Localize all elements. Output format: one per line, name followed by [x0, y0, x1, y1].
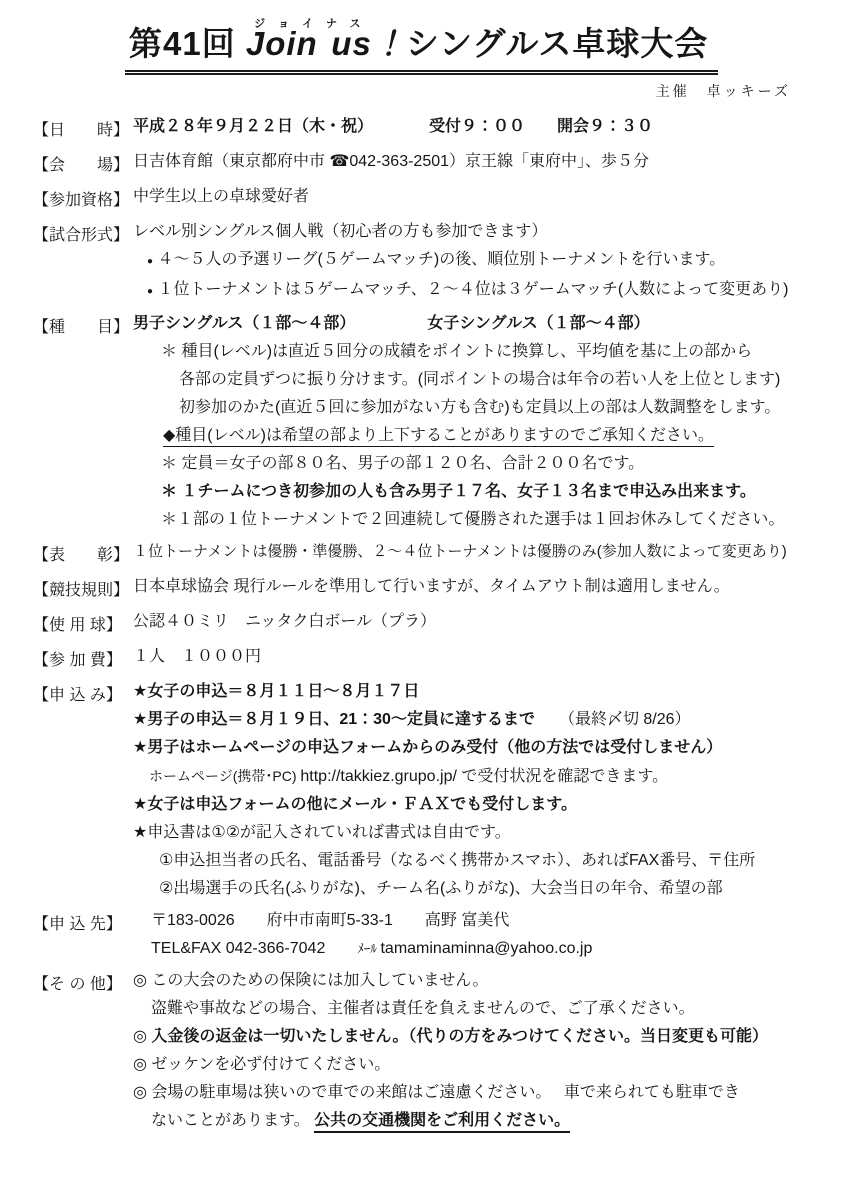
text-span: ホームページ(携帯･PC) [149, 768, 300, 784]
section-fee: 【参 加 費】１人 １０００円 [33, 647, 833, 670]
title-ruby: ジョイナス [244, 18, 373, 30]
section-other: 【そ の 他】◎ この大会のための保険には加入していません。盗難や事故などの場合… [33, 971, 833, 1131]
text-line: ◎ ゼッケンを必ず付けてください。 [133, 1055, 833, 1075]
text-span: ないことがあります。 [151, 1112, 314, 1129]
title-suffix: シングルス卓球大会 [406, 25, 709, 62]
text-line: ホームページ(携帯･PC) http://takkiez.grupo.jp/ で… [149, 766, 833, 787]
section-ball: 【使 用 球】公認４０ミリ ニッタク白ボール（プラ） [33, 612, 833, 635]
section-rules: 【競技規則】日本卓球協会 現行ルールを準用して行いますが、タイムアウト制は適用し… [33, 577, 833, 600]
section-label: 【日 時】 [33, 117, 133, 140]
text-line: 日吉体育館（東京都府中市 ☎042-363-2501）京王線「東府中」、歩５分 [133, 152, 833, 172]
text-span: ４～５人の予選リーグ(５ゲームマッチ)の後、順位別トーナメントを行います。 [153, 251, 725, 268]
text-line: TEL&FAX 042-366-7042 ﾒｰﾙ tamaminaminna@y… [151, 939, 833, 959]
text-span: ◎ 会場の駐車場は狭いので車での来館はご遠慮ください。 車で来られても駐車でき [133, 1084, 740, 1101]
text-line: ＊ 種目(レベル)は直近５回分の成績をポイントに換算し、平均値を基に上の部から [161, 342, 833, 362]
email-address: tamaminaminna@yahoo.co.jp [380, 940, 592, 957]
text-span: １人 １０００円 [133, 648, 261, 665]
text-span: 公認４０ミリ ニッタク白ボール（プラ） [133, 613, 436, 630]
section-content: １人 １０００円 [133, 647, 833, 670]
section-venue: 【会 場】日吉体育館（東京都府中市 ☎042-363-2501）京王線「東府中」… [33, 152, 833, 175]
text-line: ◎ この大会のための保険には加入していません。 [133, 971, 833, 991]
text-line: ● ４～５人の予選リーグ(５ゲームマッチ)の後、順位別トーナメントを行います。 [147, 250, 833, 272]
text-span: 各部の定員ずつに振り分けます。(同ポイントの場合は年令の若い人を上位とします) [179, 371, 780, 388]
text-span: １位トーナメントは優勝・準優勝、２～４位トーナメントは優勝のみ(参加人数によって… [133, 543, 787, 560]
website-url: http://takkiez.grupo.jp/ [300, 768, 457, 785]
text-line: ◆種目(レベル)は希望の部より上下することがありますのでご承知ください。 [163, 426, 833, 446]
text-line: ＊ 定員＝女子の部８０名、男子の部１２０名、合計２００名です。 [161, 454, 833, 474]
text-span: １位トーナメントは５ゲームマッチ、２～４位は３ゲームマッチ(人数によって変更あり… [153, 281, 788, 298]
text-span: （最終〆切 8/26） [535, 711, 691, 728]
text-span: ＊ 種目(レベル)は直近５回分の成績をポイントに換算し、平均値を基に上の部から [161, 343, 752, 360]
document-body: 【日 時】平成２８年９月２２日（木・祝） 受付９：００ 開会９：３０【会 場】日… [33, 117, 833, 1131]
section-application-address: 【申 込 先】〒183-0026 府中市南町5-33-1 高野 富美代TEL&F… [33, 911, 833, 959]
section-label: 【表 彰】 [33, 542, 133, 565]
section-label: 【会 場】 [33, 152, 133, 175]
text-span: ﾒｰﾙ [357, 941, 380, 956]
text-span: 初参加のかた(直近５回に参加がない方も含む)も定員以上の部は人数調整をします。 [179, 399, 780, 416]
section-content: ★女子の申込＝８月１１日～８月１７日★男子の申込＝８月１９日、21：30～定員に… [133, 682, 833, 899]
text-span: ＊ 定員＝女子の部８０名、男子の部１２０名、合計２００名です。 [161, 455, 644, 472]
text-span: 〒183-0026 府中市南町5-33-1 高野 富美代 [151, 912, 509, 929]
title-exclaim: ！ [372, 25, 406, 62]
section-label: 【申 込 み】 [33, 682, 133, 899]
text-span: 中学生以上の卓球愛好者 [133, 188, 309, 205]
text-line: ★女子は申込フォームの他にメール・ＦＡＸでも受付します。 [133, 795, 833, 815]
page-title: 第41回 Join usジョイナス！シングルス卓球大会 [125, 18, 718, 75]
section-date-time: 【日 時】平成２８年９月２２日（木・祝） 受付９：００ 開会９：３０ [33, 117, 833, 140]
section-label: 【試合形式】 [33, 222, 133, 302]
text-line: ★女子の申込＝８月１１日～８月１７日 [133, 682, 833, 702]
text-line: 日本卓球協会 現行ルールを準用して行いますが、タイムアウト制は適用しません。 [133, 577, 833, 597]
text-span: ◆種目(レベル)は希望の部より上下することがありますのでご承知ください。 [163, 427, 714, 447]
document-header: 第41回 Join usジョイナス！シングルス卓球大会 主催 卓ッキーズ [33, 18, 833, 101]
text-line: ないことがあります。 公共の交通機関をご利用ください。 [151, 1111, 833, 1131]
text-line: ＊ １チームにつき初参加の人も含み男子１７名、女子１３名まで申込み出来ます。 [161, 482, 833, 502]
text-line: 平成２８年９月２２日（木・祝） 受付９：００ 開会９：３０ [133, 117, 833, 137]
section-label: 【申 込 先】 [33, 911, 133, 959]
text-line: １人 １０００円 [133, 647, 833, 667]
text-span: 公共の交通機関をご利用ください。 [314, 1112, 570, 1133]
section-content: ◎ この大会のための保険には加入していません。盗難や事故などの場合、主催者は責任… [133, 971, 833, 1131]
text-line: ◎ 会場の駐車場は狭いので車での来館はご遠慮ください。 車で来られても駐車でき [133, 1083, 833, 1103]
text-line: １位トーナメントは優勝・準優勝、２～４位トーナメントは優勝のみ(参加人数によって… [133, 542, 833, 562]
text-line: 中学生以上の卓球愛好者 [133, 187, 833, 207]
text-span: ★女子は申込フォームの他にメール・ＦＡＸでも受付します。 [133, 796, 577, 813]
text-line: ● １位トーナメントは５ゲームマッチ、２～４位は３ゲームマッチ(人数によって変更… [147, 280, 833, 302]
section-events: 【種 目】男子シングルス（１部～４部） 女子シングルス（１部～４部）＊ 種目(レ… [33, 314, 833, 530]
text-line: ★男子はホームページの申込フォームからのみ受付（他の方法では受付しません） [133, 738, 833, 758]
text-span: ★申込書は①②が記入されていれば書式は自由です。 [133, 824, 511, 841]
title-latin-text: Join us [244, 25, 373, 62]
title-prefix: 第41回 [129, 25, 246, 62]
section-content: 公認４０ミリ ニッタク白ボール（プラ） [133, 612, 833, 635]
text-line: ②出場選手の氏名(ふりがな)、チーム名(ふりがな)、大会当日の年令、希望の部 [159, 879, 833, 899]
text-line: ★男子の申込＝８月１９日、21：30～定員に達するまで （最終〆切 8/26） [133, 710, 833, 730]
section-label: 【参 加 費】 [33, 647, 133, 670]
text-line: ＊１部の１位トーナメントで２回連続して優勝された選手は１回お休みしてください。 [161, 510, 833, 530]
section-content: レベル別シングルス個人戦（初心者の方も参加できます）● ４～５人の予選リーグ(５… [133, 222, 833, 302]
section-label: 【種 目】 [33, 314, 133, 530]
section-content: 日本卓球協会 現行ルールを準用して行いますが、タイムアウト制は適用しません。 [133, 577, 833, 600]
text-span: 日本卓球協会 現行ルールを準用して行いますが、タイムアウト制は適用しません。 [133, 578, 730, 595]
section-awards: 【表 彰】１位トーナメントは優勝・準優勝、２～４位トーナメントは優勝のみ(参加人… [33, 542, 833, 565]
text-line: ◎ 入金後の返金は一切いたしません。（代りの方をみつけてください。当日変更も可能… [133, 1027, 833, 1047]
flyer-page: 第41回 Join usジョイナス！シングルス卓球大会 主催 卓ッキーズ 【日 … [0, 0, 845, 1131]
text-span: 日吉体育館（東京都府中市 ☎042-363-2501）京王線「東府中」、歩５分 [133, 153, 649, 170]
section-content: 中学生以上の卓球愛好者 [133, 187, 833, 210]
text-span: ◎ 入金後の返金は一切いたしません。（代りの方をみつけてください。当日変更も可能… [133, 1028, 768, 1045]
text-span: ◎ この大会のための保険には加入していません。 [133, 972, 488, 989]
text-span: ★女子の申込＝８月１１日～８月１７日 [133, 683, 419, 700]
text-span: ＊ １チームにつき初参加の人も含み男子１７名、女子１３名まで申込み出来ます。 [161, 483, 756, 500]
text-span: TEL&FAX 042-366-7042 [151, 940, 357, 957]
section-label: 【競技規則】 [33, 577, 133, 600]
text-span: ①申込担当者の氏名、電話番号（なるべく携帯かスマホ）、あればFAX番号、〒住所 [159, 852, 755, 869]
text-line: 公認４０ミリ ニッタク白ボール（プラ） [133, 612, 833, 632]
text-span: ◎ ゼッケンを必ず付けてください。 [133, 1056, 390, 1073]
title-latin: Join usジョイナス [246, 25, 372, 62]
text-span: ＊１部の１位トーナメントで２回連続して優勝された選手は１回お休みしてください。 [161, 511, 784, 528]
text-line: 盗難や事故などの場合、主催者は責任を負えませんので、ご了承ください。 [151, 999, 833, 1019]
text-span: ★男子はホームページの申込フォームからのみ受付（他の方法では受付しません） [133, 739, 722, 756]
text-span: ★男子の申込＝８月１９日、21：30～定員に達するまで [133, 711, 535, 728]
text-line: 〒183-0026 府中市南町5-33-1 高野 富美代 [151, 911, 833, 931]
text-line: ★申込書は①②が記入されていれば書式は自由です。 [133, 823, 833, 843]
text-line: ①申込担当者の氏名、電話番号（なるべく携帯かスマホ）、あればFAX番号、〒住所 [159, 851, 833, 871]
section-match-format: 【試合形式】レベル別シングルス個人戦（初心者の方も参加できます）● ４～５人の予… [33, 222, 833, 302]
text-line: レベル別シングルス個人戦（初心者の方も参加できます） [133, 222, 833, 242]
section-content: １位トーナメントは優勝・準優勝、２～４位トーナメントは優勝のみ(参加人数によって… [133, 542, 833, 565]
section-label: 【使 用 球】 [33, 612, 133, 635]
text-span: で受付状況を確認できます。 [457, 768, 668, 785]
text-span: 平成２８年９月２２日（木・祝） 受付９：００ 開会９：３０ [133, 118, 653, 135]
section-content: 男子シングルス（１部～４部） 女子シングルス（１部～４部）＊ 種目(レベル)は直… [133, 314, 833, 530]
section-content: 平成２８年９月２２日（木・祝） 受付９：００ 開会９：３０ [133, 117, 833, 140]
text-span: レベル別シングルス個人戦（初心者の方も参加できます） [133, 223, 547, 240]
text-line: 各部の定員ずつに振り分けます。(同ポイントの場合は年令の若い人を上位とします) [179, 370, 833, 390]
text-line: 男子シングルス（１部～４部） 女子シングルス（１部～４部） [133, 314, 833, 334]
text-span: 盗難や事故などの場合、主催者は責任を負えませんので、ご了承ください。 [151, 1000, 695, 1017]
organizer: 主催 卓ッキーズ [33, 81, 833, 101]
text-line: 初参加のかた(直近５回に参加がない方も含む)も定員以上の部は人数調整をします。 [179, 398, 833, 418]
section-content: 〒183-0026 府中市南町5-33-1 高野 富美代TEL&FAX 042-… [133, 911, 833, 959]
section-application: 【申 込 み】★女子の申込＝８月１１日～８月１７日★男子の申込＝８月１９日、21… [33, 682, 833, 899]
text-span: ②出場選手の氏名(ふりがな)、チーム名(ふりがな)、大会当日の年令、希望の部 [159, 880, 723, 897]
section-content: 日吉体育館（東京都府中市 ☎042-363-2501）京王線「東府中」、歩５分 [133, 152, 833, 175]
text-span: 男子シングルス（１部～４部） 女子シングルス（１部～４部） [133, 315, 650, 332]
section-label: 【参加資格】 [33, 187, 133, 210]
section-label: 【そ の 他】 [33, 971, 133, 1131]
section-eligibility: 【参加資格】中学生以上の卓球愛好者 [33, 187, 833, 210]
